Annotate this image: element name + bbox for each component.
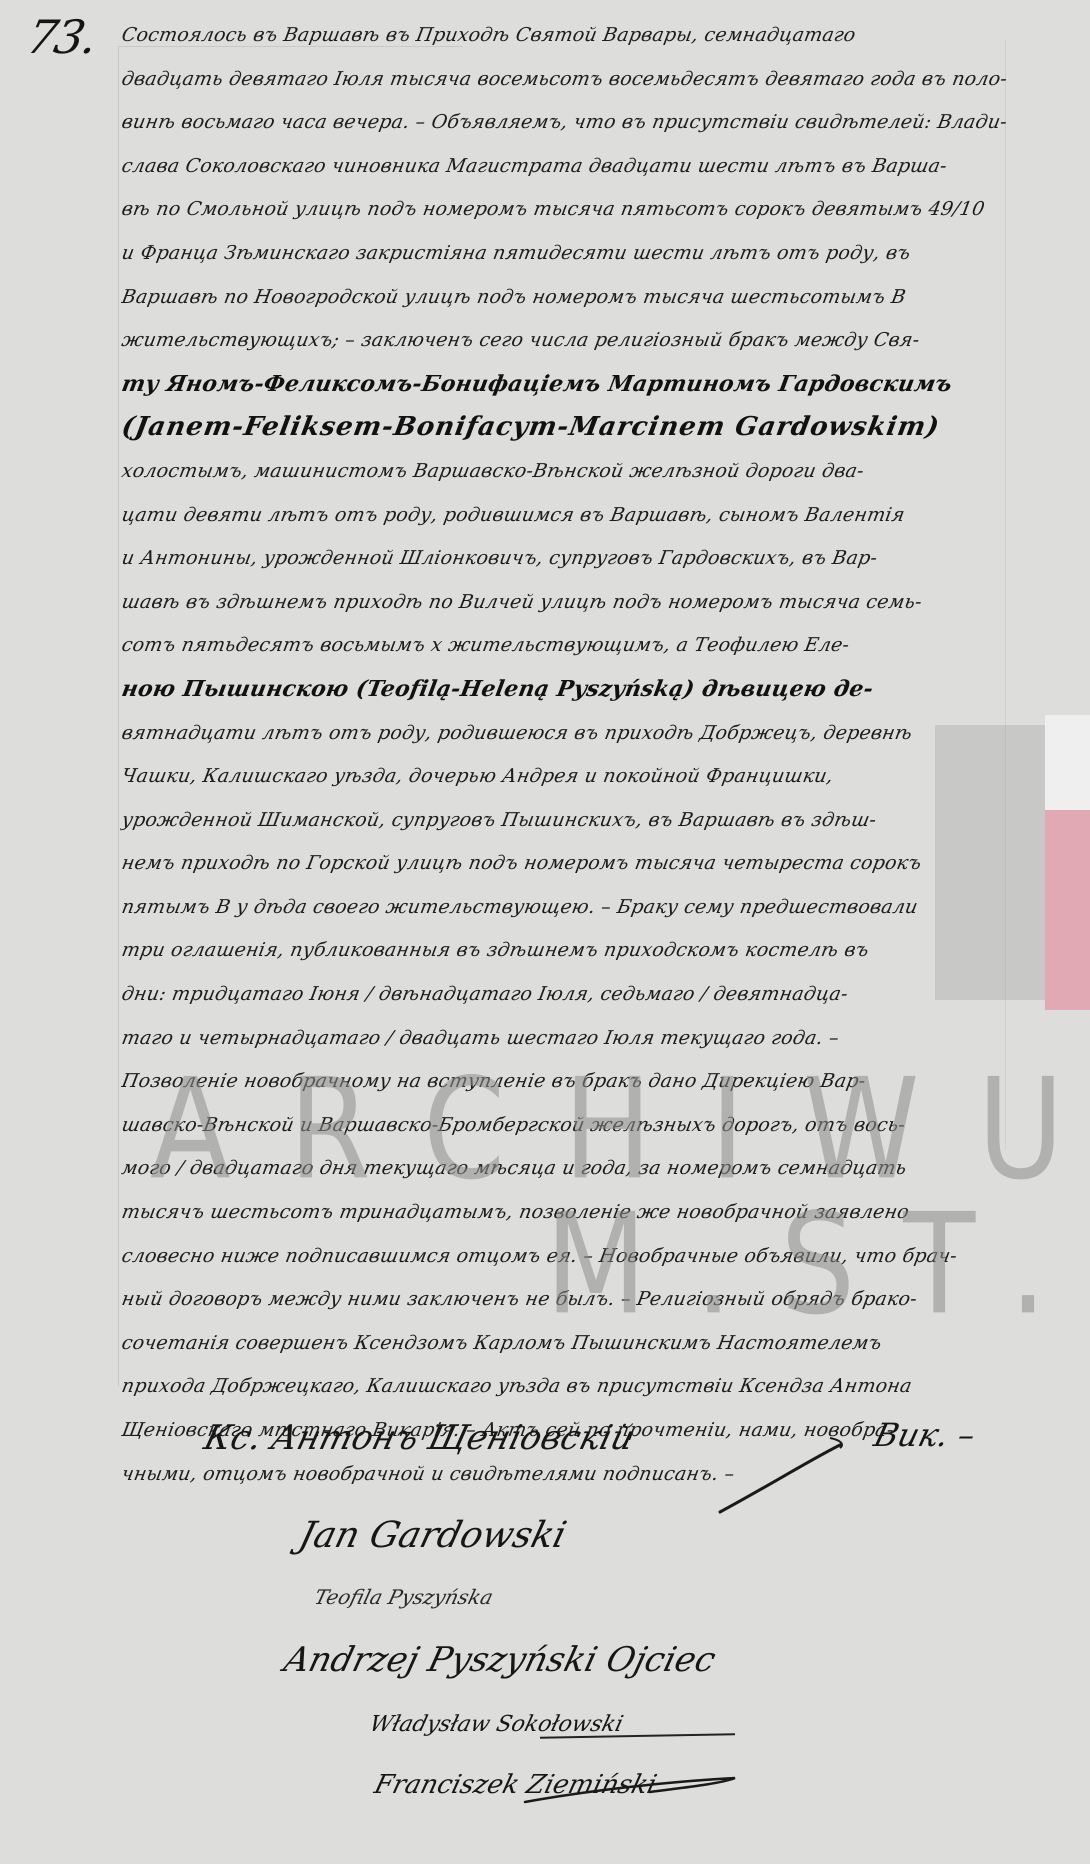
record-line: пятымъ В у дѣда своего жительствующею. –… xyxy=(118,886,1016,930)
record-line: ный договоръ между ними заключенъ не был… xyxy=(118,1278,1016,1322)
signature-flourish-icon xyxy=(520,1770,740,1810)
record-line: жительствующихъ; – заключенъ сего числа … xyxy=(118,319,1016,363)
record-line: слава Соколовскаго чиновника Магистрата … xyxy=(118,145,1016,189)
record-line: винѣ восьмаго часа вечера. – Объявляемъ,… xyxy=(118,101,1016,145)
record-line: и Антонины, урожденной Шліонковичъ, супр… xyxy=(118,537,1016,581)
record-line: шавско-Вѣнской и Варшавско-Бромбергской … xyxy=(118,1104,1016,1148)
signature-priest-title: Вик. – xyxy=(870,1416,979,1454)
record-line: холостымъ, машинистомъ Варшавско-Вѣнской… xyxy=(118,450,1016,494)
record-body: Состоялось въ Варшавѣ въ Приходѣ Святой … xyxy=(118,14,1008,1496)
archive-flag-red xyxy=(1045,810,1090,1010)
record-line: немъ приходѣ по Горской улицѣ подъ номер… xyxy=(118,842,1016,886)
record-line: вятнадцати лѣтъ отъ роду, родившеюся въ … xyxy=(118,712,1016,756)
record-line: словесно ниже подписавшимся отцомъ ея. –… xyxy=(118,1235,1016,1279)
record-line: Позволеніе новобрачному на вступленіе въ… xyxy=(118,1060,1016,1104)
record-line: и Франца Зѣминскаго закристіяна пятидеся… xyxy=(118,232,1016,276)
groom-name-latin: (Janem-Feliksem-Bonifacym-Marcinem Gardo… xyxy=(118,406,1016,450)
record-line: цати девяти лѣтъ отъ роду, родившимся въ… xyxy=(118,494,1016,538)
archive-flag-white xyxy=(1045,715,1090,810)
act-number: 73. xyxy=(22,10,101,64)
record-line: шавѣ въ здѣшнемъ приходѣ по Вилчей улицѣ… xyxy=(118,581,1016,625)
signature-flourish-icon xyxy=(690,1400,850,1520)
record-line: три оглашенія, публикованныя въ здѣшнемъ… xyxy=(118,929,1016,973)
record-line: таго и четырнадцатаго / двадцать шестаго… xyxy=(118,1017,1016,1061)
record-line: Чашки, Калишскаго уѣзда, дочерью Андрея … xyxy=(118,755,1016,799)
record-line: сочетанія совершенъ Ксендзомъ Карломъ Пы… xyxy=(118,1322,1016,1366)
record-line: Состоялось въ Варшавѣ въ Приходѣ Святой … xyxy=(118,14,1016,58)
record-line: урожденной Шиманской, супруговъ Пышински… xyxy=(118,799,1016,843)
document-page: 73. Состоялось въ Варшавѣ въ Приходѣ Свя… xyxy=(0,0,1090,1864)
signature-witness-1: Władysław Sokołowski xyxy=(367,1712,626,1737)
record-line: Варшавѣ по Новогродской улицѣ подъ номер… xyxy=(118,276,1016,320)
record-line: дни: тридцатаго Іюня / двѣнадцатаго Іюля… xyxy=(118,973,1016,1017)
bride-name: ною Пышинскою (Teofilą-Heleną Pyszyńską)… xyxy=(118,668,1016,712)
groom-name-cyrillic: ту Яномъ-Феликсомъ-Бонифаціемъ Мартиномъ… xyxy=(118,363,1016,407)
record-line: прихода Добржецкаго, Калишскаго уѣзда въ… xyxy=(118,1365,1016,1409)
signature-groom: Jan Gardowski xyxy=(295,1515,571,1556)
record-line: двадцать девятаго Іюля тысяча восемьсотъ… xyxy=(118,58,1016,102)
signature-father: Andrzej Pyszyński Ojciec xyxy=(280,1640,720,1680)
signature-priest: Кс. Антонъ Щенiовскiй xyxy=(200,1418,638,1458)
record-line: чными, отцомъ новобрачной и свидѣтелями … xyxy=(118,1453,1016,1497)
record-line: сотъ пятьдесятъ восьмымъ х жительствующи… xyxy=(118,624,1016,668)
signature-bride: Teofila Pyszyńska xyxy=(312,1585,496,1609)
record-line: мого / двадцатаго дня текущаго мѣсяца и … xyxy=(118,1147,1016,1191)
record-line: вѣ по Смольной улицѣ подъ номеромъ тысяч… xyxy=(118,188,1016,232)
record-line: тысячъ шестьсотъ тринадцатымъ, позволені… xyxy=(118,1191,1016,1235)
